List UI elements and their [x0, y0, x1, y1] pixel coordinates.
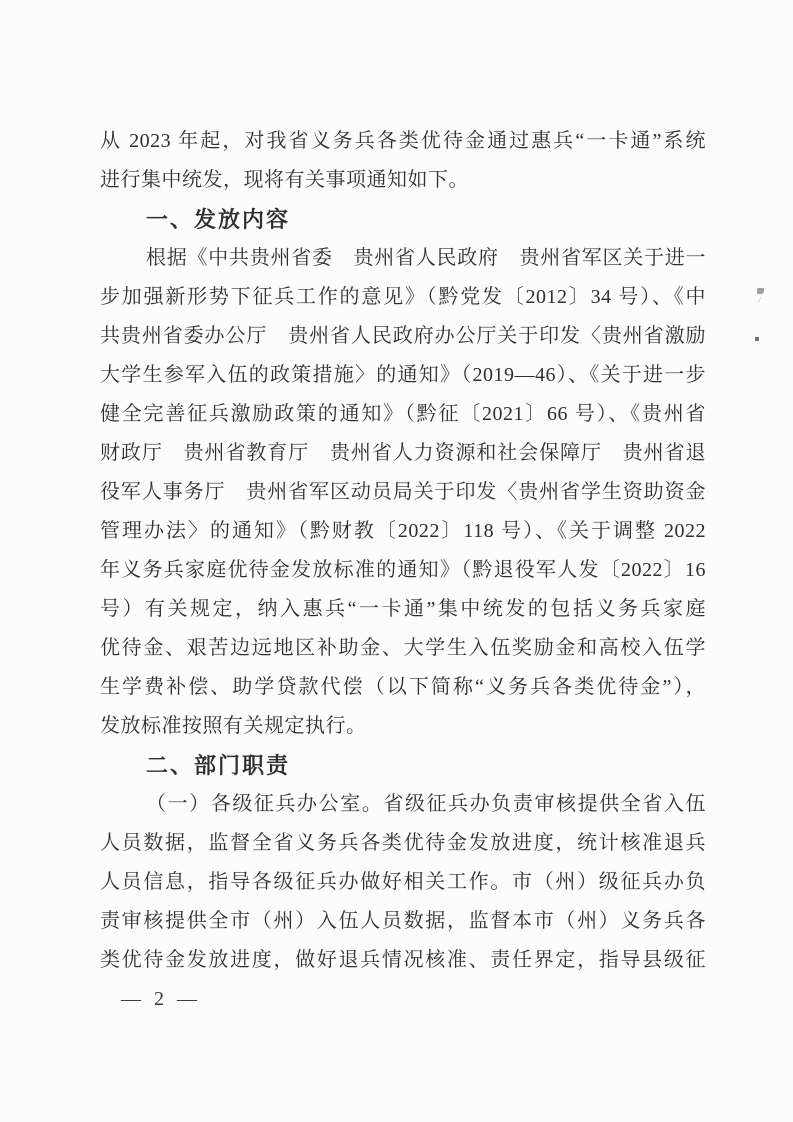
- document-line: 人员数据，监督全省义务兵各类优待金发放进度，统计核准退兵: [100, 824, 706, 863]
- document-line: 健全完善征兵激励政策的通知》（黔征〔2021〕66 号）、《贵州省: [100, 395, 706, 434]
- document-line: 责审核提供全市（州）入伍人员数据，监督本市（州）义务兵各: [100, 902, 706, 941]
- document-line: 大学生参军入伍的政策措施〉的通知》（2019—46）、《关于进一步: [100, 356, 706, 395]
- document-line: 根据《中共贵州省委 贵州省人民政府 贵州省军区关于进一: [100, 239, 706, 278]
- section-heading-2: 二、部门职责: [100, 746, 706, 785]
- document-line: 类优待金发放进度，做好退兵情况核准、责任界定，指导县级征: [100, 941, 706, 980]
- document-line: 年义务兵家庭优待金发放标准的通知》（黔退役军人发〔2022〕16: [100, 551, 706, 590]
- document-line: 从 2023 年起，对我省义务兵各类优待金通过惠兵“一卡通”系统: [100, 122, 706, 161]
- document-line: 步加强新形势下征兵工作的意见》（黔党发〔2012〕34 号）、《中: [100, 278, 706, 317]
- document-line: 人员信息，指导各级征兵办做好相关工作。市（州）级征兵办负: [100, 863, 706, 902]
- document-line: 共贵州省委办公厅 贵州省人民政府办公厅关于印发〈贵州省激励: [100, 317, 706, 356]
- document-line: 役军人事务厅 贵州省军区动员局关于印发〈贵州省学生资助资金: [100, 473, 706, 512]
- document-page: 从 2023 年起，对我省义务兵各类优待金通过惠兵“一卡通”系统 进行集中统发，…: [0, 0, 793, 1122]
- document-line: 优待金、艰苦边远地区补助金、大学生入伍奖励金和高校入伍学: [100, 629, 706, 668]
- document-line: 进行集中统发，现将有关事项通知如下。: [100, 161, 706, 200]
- document-line: 号）有关规定，纳入惠兵“一卡通”集中统发的包括义务兵家庭: [100, 590, 706, 629]
- page-number: — 2 —: [121, 986, 201, 1012]
- document-line: （一）各级征兵办公室。省级征兵办负责审核提供全省入伍: [100, 785, 706, 824]
- scan-speck: [757, 288, 764, 294]
- document-body: 从 2023 年起，对我省义务兵各类优待金通过惠兵“一卡通”系统 进行集中统发，…: [100, 122, 706, 980]
- document-line: 生学费补偿、助学贷款代偿（以下简称“义务兵各类优待金”），: [100, 668, 706, 707]
- document-line: 财政厅 贵州省教育厅 贵州省人力资源和社会保障厅 贵州省退: [100, 434, 706, 473]
- document-line: 发放标准按照有关规定执行。: [100, 707, 706, 746]
- scan-speck: [755, 337, 759, 341]
- document-line: 管理办法〉的通知》（黔财教〔2022〕118 号）、《关于调整 2022: [100, 512, 706, 551]
- section-heading-1: 一、发放内容: [100, 200, 706, 239]
